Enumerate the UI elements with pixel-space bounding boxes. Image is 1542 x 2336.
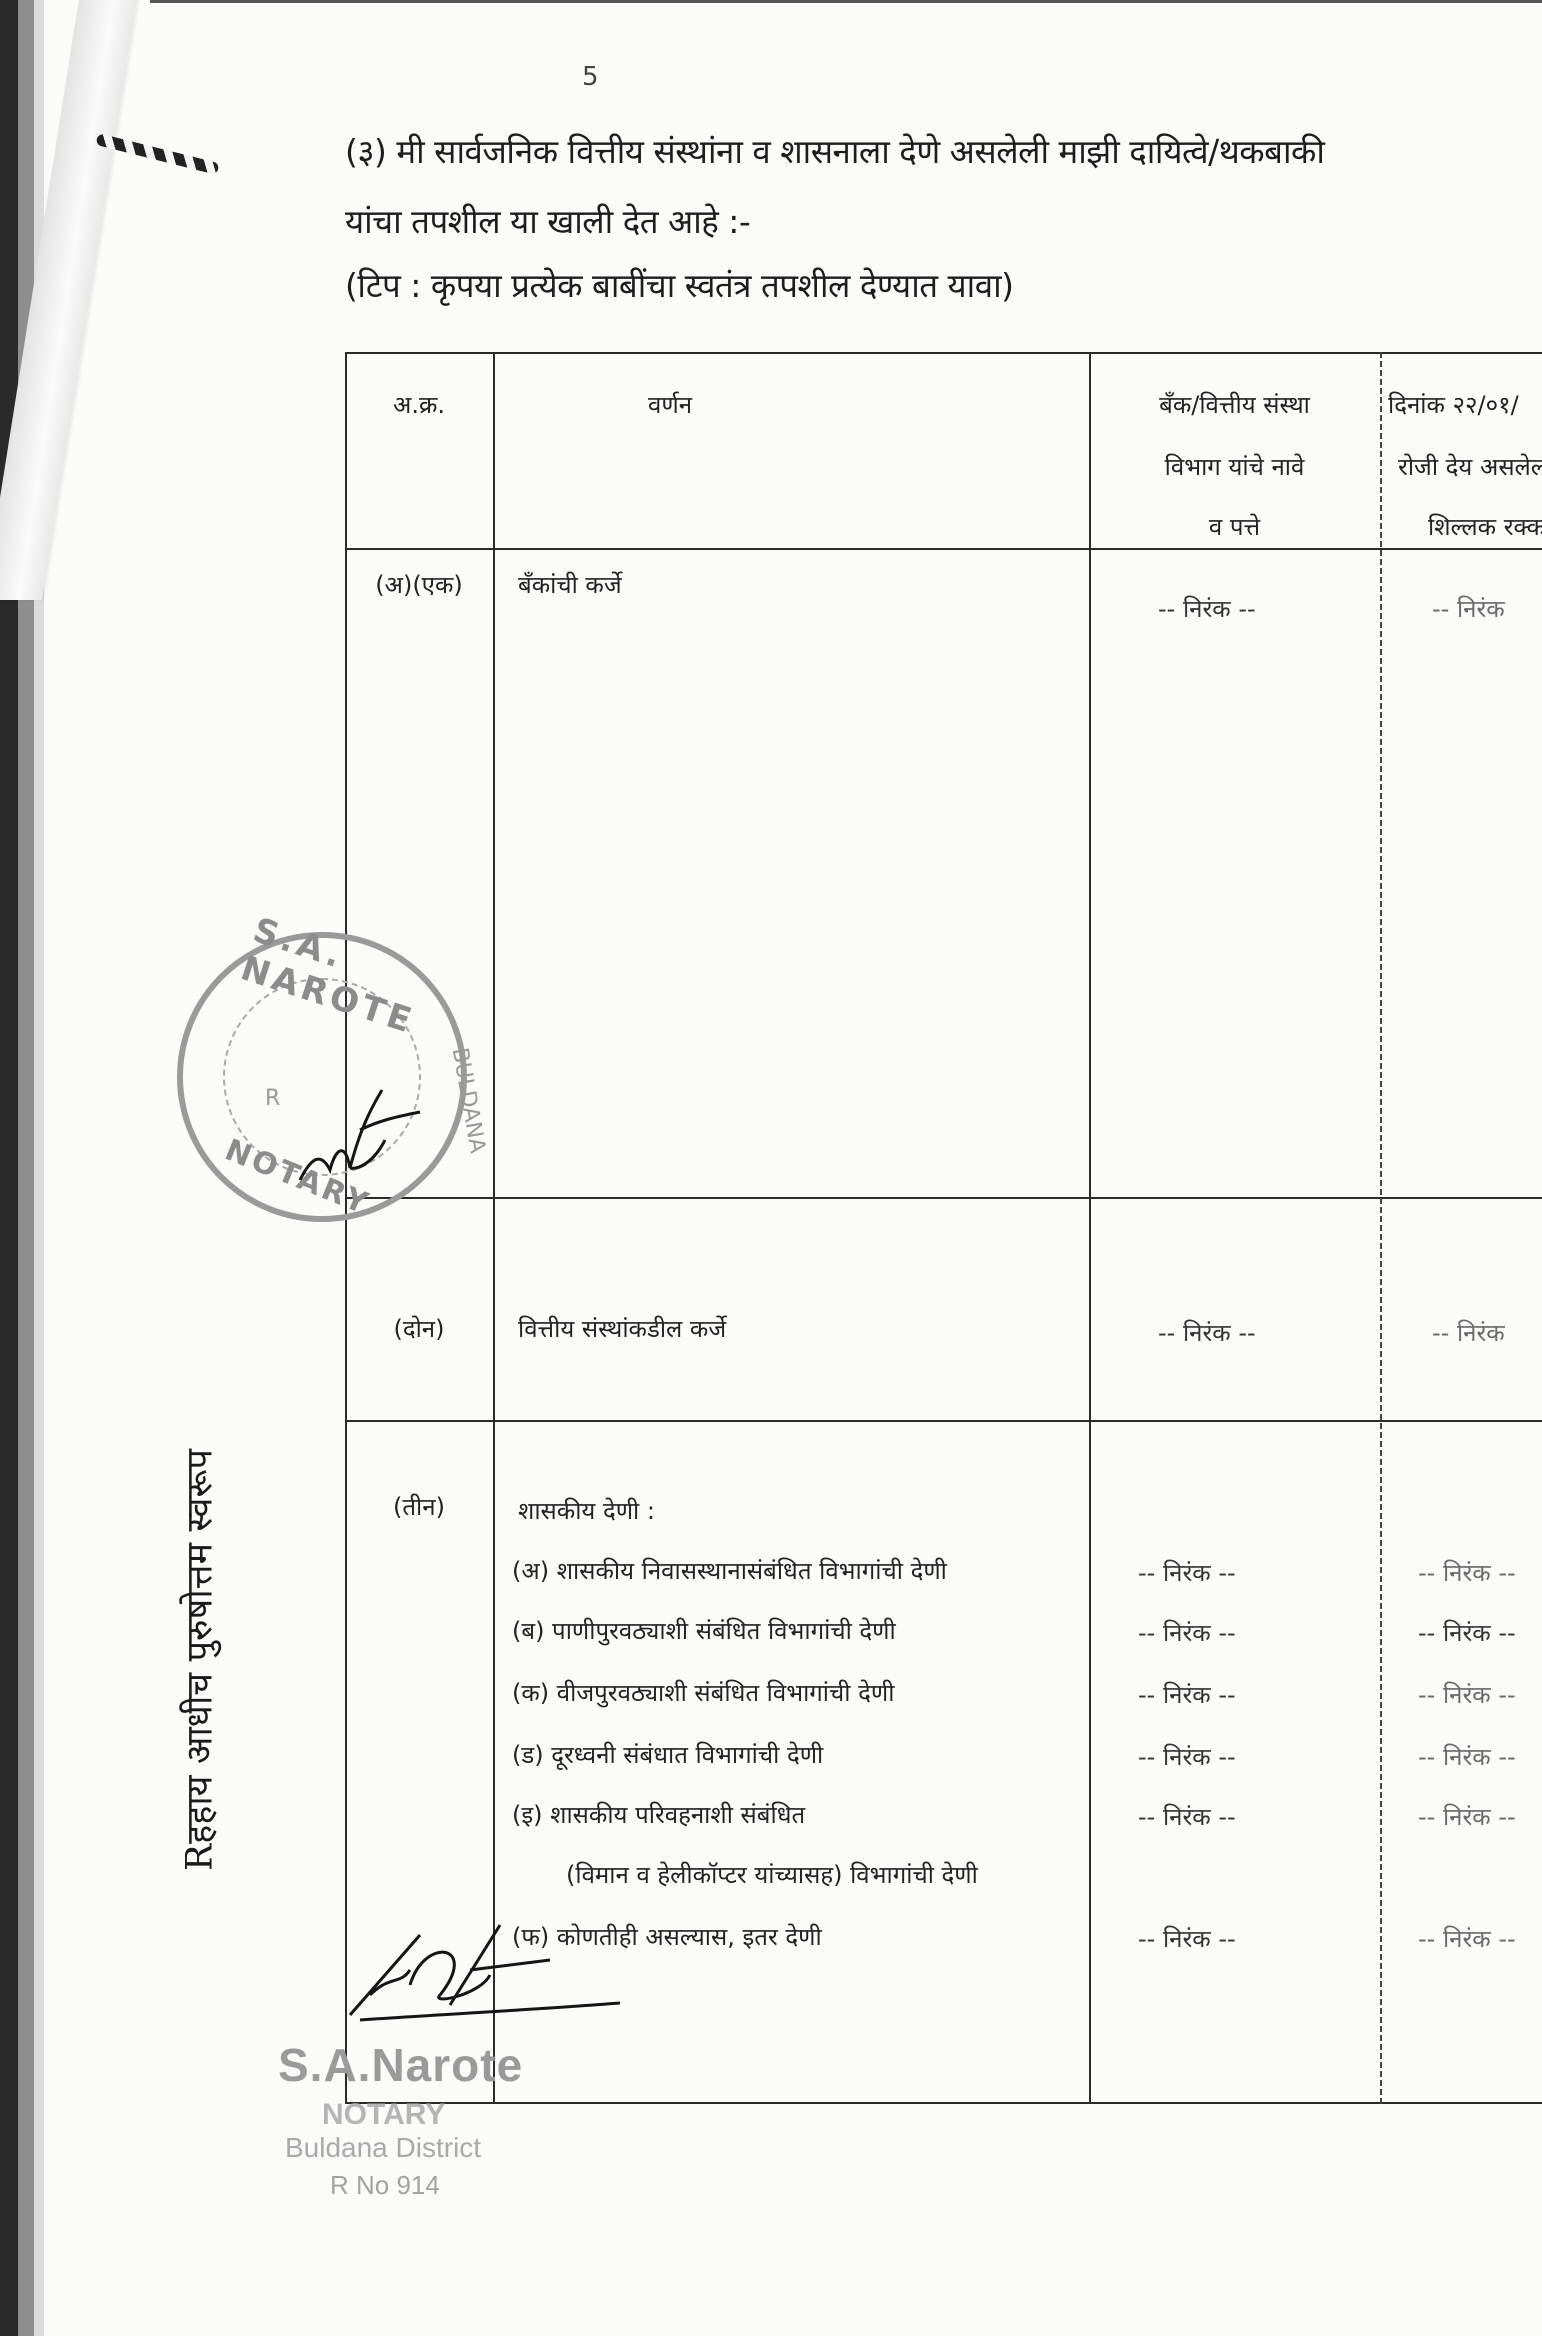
sub-item-institution: -- निरंक -- — [1138, 1616, 1236, 1649]
signature-icon — [290, 1080, 440, 1200]
sub-item-label: (अ) शासकीय निवासस्थानासंबंधित विभागांची … — [512, 1554, 947, 1587]
sub-item-institution: -- निरंक -- — [1138, 1556, 1236, 1589]
binding-string-icon — [95, 133, 219, 175]
sub-item-amount: -- निरंक -- — [1418, 1800, 1516, 1833]
sub-item-amount: -- निरंक -- — [1418, 1556, 1516, 1589]
sub-item-label: (इ) शासकीय परिवहनाशी संबंधित — [512, 1798, 805, 1831]
scan-edge-dark — [0, 0, 18, 2336]
stamp-side-text: BULDANA — [447, 1046, 490, 1155]
section-heading: (३) मी सार्वजनिक वित्तीय संस्थांना व शास… — [345, 128, 1324, 173]
table-border-left — [345, 352, 347, 2104]
row-amount: -- निरंक — [1432, 592, 1505, 625]
sub-item-amount: -- निरंक -- — [1418, 1740, 1516, 1773]
row-serial: (तीन) — [345, 1490, 493, 1523]
notary-name-stamp: S.A.Narote — [278, 2038, 523, 2092]
notary-title-stamp: NOTARY — [322, 2098, 445, 2132]
sub-item-institution: -- निरंक -- — [1138, 1800, 1236, 1833]
sub-item-amount: -- निरंक -- — [1418, 1678, 1516, 1711]
sub-item-label: (ब) पाणीपुरवठ्याशी संबंधित विभागांची देण… — [512, 1614, 896, 1647]
sub-item-label: (क) वीजपुरवठ्याशी संबंधित विभागांची देणी — [512, 1676, 894, 1709]
sub-item-amount: -- निरंक -- — [1418, 1922, 1516, 1955]
scan-top-edge — [150, 0, 1542, 3]
sub-item-institution: -- निरंक -- — [1138, 1922, 1236, 1955]
header-institution-line1: बँक/वित्तीय संस्था — [1089, 388, 1380, 421]
sub-item-institution: -- निरंक -- — [1138, 1740, 1236, 1773]
table-border-top — [345, 352, 1542, 354]
table-col-divider — [1380, 352, 1382, 2104]
row-serial: (अ)(एक) — [345, 568, 493, 601]
row-description: बँकांची कर्जे — [518, 568, 622, 601]
signature-icon — [330, 1915, 620, 2035]
handwritten-note-text: Rहहाय आधीच पुरुषोत्तम स्वरूप — [174, 1449, 223, 1871]
page-number: 5 — [582, 62, 599, 92]
section-note: (टिप : कृपया प्रत्येक बाबींचा स्वतंत्र त… — [345, 262, 1014, 307]
header-institution-line3: व पत्ते — [1089, 510, 1380, 543]
header-serial: अ.क्र. — [345, 388, 493, 421]
header-amount-line1: दिनांक २२/०१/ — [1388, 388, 1519, 421]
sub-item-label: (ड) दूरध्वनी संबंधात विभागांची देणी — [512, 1738, 823, 1771]
table-col-divider — [493, 352, 495, 2104]
header-description: वर्णन — [648, 388, 692, 421]
row-amount: -- निरंक — [1432, 1316, 1505, 1349]
sub-item-amount: -- निरंक -- — [1418, 1616, 1516, 1649]
header-amount-line2: रोजी देय असलेली — [1398, 450, 1542, 483]
table-border-bottom — [345, 2102, 1542, 2104]
table-col-divider — [1089, 352, 1091, 2104]
row-institution: -- निरंक -- — [1158, 592, 1256, 625]
row-description: शासकीय देणी : — [518, 1494, 655, 1527]
handwritten-margin-note: Rहहाय आधीच पुरुषोत्तम स्वरूप — [168, 1330, 228, 1990]
notary-registration-stamp: R No 914 — [330, 2170, 440, 2201]
section-intro: यांचा तपशील या खाली देत आहे :- — [345, 198, 750, 243]
sub-item-institution: -- निरंक -- — [1138, 1678, 1236, 1711]
table-row-divider — [345, 1420, 1542, 1422]
header-amount-line3: शिल्लक रक्कम — [1428, 510, 1542, 543]
row-description: वित्तीय संस्थांकडील कर्जे — [518, 1312, 726, 1345]
notary-district-stamp: Buldana District — [285, 2132, 481, 2164]
stamp-inner-text: R — [265, 1086, 280, 1111]
header-institution-line2: विभाग यांचे नावे — [1089, 450, 1380, 483]
table-header-divider — [345, 548, 1542, 550]
table-row-divider — [345, 1197, 1542, 1199]
row-serial: (दोन) — [345, 1312, 493, 1345]
sub-item-label-continued: (विमान व हेलीकॉप्टर यांच्यासह) विभागांची… — [566, 1858, 978, 1891]
row-institution: -- निरंक -- — [1158, 1316, 1256, 1349]
